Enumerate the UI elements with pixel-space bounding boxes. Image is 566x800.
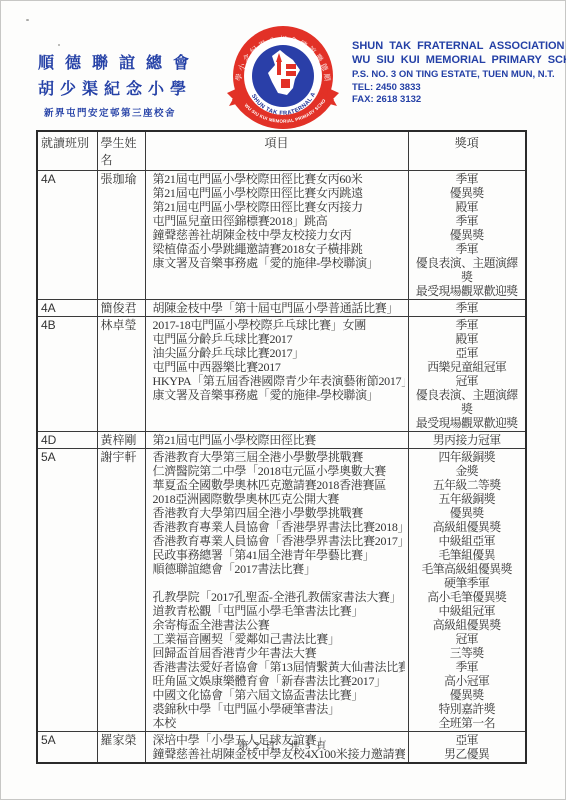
achievement-award: 季軍 xyxy=(412,214,523,228)
achievement-item: 裘錦秋中學「屯門區小學硬筆書法」 xyxy=(149,702,405,716)
events-cell: 第21屆屯門區小學校際田徑比賽 xyxy=(145,432,408,449)
achievement-item: 回歸盃首屆香港青少年書法大賽 xyxy=(149,646,405,660)
school-seal-icon: 學小念紀渠少胡會總誼聯德順 SHUN TAK FRATERNAL ASSN WU… xyxy=(223,22,343,136)
achievement-award: 金獎 xyxy=(412,464,523,478)
achievement-award: 全班第一名 xyxy=(412,716,523,730)
school-tel: TEL: 2450 3833 xyxy=(352,82,566,95)
events-cell: 第21屆屯門區小學校際田徑比賽女丙60米第21屆屯門區小學校際田徑比賽女丙跳遠第… xyxy=(145,171,408,300)
achievement-award: 優異獎 xyxy=(412,186,523,200)
student-class: 5A xyxy=(37,449,97,732)
achievement-item: 民政事務總署「第41屆全港青年學藝比賽」 xyxy=(149,548,405,562)
achievement-award: 亞軍 xyxy=(412,346,523,360)
student-name: 張珈瑜 xyxy=(97,171,145,300)
school-name-zh-line1: 順德聯誼總會 xyxy=(38,50,200,73)
scan-artifact xyxy=(58,44,60,46)
column-header-4: 獎項 xyxy=(408,131,526,171)
achievement-award: 季軍 xyxy=(412,242,523,256)
achievement-award: 高小冠軍 xyxy=(412,674,523,688)
prizes-cell: 季軍優異獎殿軍季軍優異獎季軍優良表演、主題演繹獎 最受現場觀眾歡迎獎 xyxy=(408,171,526,300)
achievement-item: 香港教育專業人員協會「香港學界書法比賽2017」 xyxy=(149,534,405,548)
student-name: 林卓瑩 xyxy=(97,317,145,432)
school-name-en-line2: WU SIU KUI MEMORIAL PRIMARY SCHOOL xyxy=(352,54,566,68)
achievement-award: 高級組優異獎 xyxy=(412,520,523,534)
student-class: 4A xyxy=(37,300,97,317)
scanned-document-page: 順德聯誼總會 胡少渠紀念小學 新界屯門安定邨第三座校舍 xyxy=(0,0,566,800)
achievement-award: 高級組優異獎 xyxy=(412,618,523,632)
building-icon xyxy=(286,64,296,69)
school-name-chinese-block: 順德聯誼總會 胡少渠紀念小學 新界屯門安定邨第三座校舍 xyxy=(38,50,200,119)
achievement-item: 康文署及音樂事務處「愛的施律-學校聯演」 xyxy=(149,388,405,416)
achievement-item: 孔教學院「2017孔聖盃-全港孔教儒家書法大賽」 xyxy=(149,590,405,604)
achievement-item: 屯門區兒童田徑錦標賽2018」跳高 xyxy=(149,214,405,228)
student-class: 4A xyxy=(37,171,97,300)
achievement-item: 工業福音團契「愛鄰如己書法比賽」 xyxy=(149,632,405,646)
achievement-item: 順德聯誼總會「2017書法比賽」 xyxy=(149,562,405,590)
achievement-award: 中級組亞軍 xyxy=(412,534,523,548)
achievement-item: 第21屆屯門區小學校際田徑比賽女丙跳遠 xyxy=(149,186,405,200)
achievement-award: 冠軍 xyxy=(412,374,523,388)
school-address-zh: 新界屯門安定邨第三座校舍 xyxy=(38,105,200,119)
student-row: 4D黃梓剛第21屆屯門區小學校際田徑比賽男丙接力冠軍 xyxy=(37,432,526,449)
achievement-award: 優良表演、主題演繹獎 最受現場觀眾歡迎獎 xyxy=(412,256,523,298)
page-indicator: 第 2 頁，共 3 頁 xyxy=(0,738,566,753)
achievement-item: 旺角區文娛康樂體育會「新春書法比賽2017」 xyxy=(149,674,405,688)
student-name: 簡俊君 xyxy=(97,300,145,317)
achievement-item: 胡陳金枝中學「第十屆屯門區小學普通話比賽」 xyxy=(149,301,405,315)
events-cell: 胡陳金枝中學「第十屆屯門區小學普通話比賽」 xyxy=(145,300,408,317)
achievement-item: 屯門區分齡乒乓球比賽2017 xyxy=(149,332,405,346)
scan-artifact xyxy=(26,19,29,21)
achievement-award: 五年級銅獎 xyxy=(412,492,523,506)
achievement-item: 康文署及音樂事務處「愛的施律-學校聯演」 xyxy=(149,256,405,284)
school-fax: FAX: 2618 3132 xyxy=(352,94,566,107)
student-class: 4D xyxy=(37,432,97,449)
prizes-cell: 季軍殿軍亞軍西樂兒童組冠軍冠軍優良表演、主題演繹獎 最受現場觀眾歡迎獎 xyxy=(408,317,526,432)
achievement-award: 優良表演、主題演繹獎 最受現場觀眾歡迎獎 xyxy=(412,388,523,430)
achievement-award: 季軍 xyxy=(412,318,523,332)
achievement-item: 本校 xyxy=(149,716,405,730)
achievement-award: 五年級二等獎 xyxy=(412,478,523,492)
achievement-item: 道教青松觀「屯門區小學毛筆書法比賽」 xyxy=(149,604,405,618)
prizes-cell: 四年級銅獎金獎五年級二等獎五年級銅獎優異獎高級組優異獎中級組亞軍毛筆組優異毛筆高… xyxy=(408,449,526,732)
achievement-award: 季軍 xyxy=(412,172,523,186)
school-name-english-block: SHUN TAK FRATERNAL ASSOCIATION WU SIU KU… xyxy=(352,40,566,107)
student-name: 謝宇軒 xyxy=(97,449,145,732)
achievement-item: 中國文化協會「第六屆文協盃書法比賽」 xyxy=(149,688,405,702)
achievement-item: 香港教育大學第三屆全港小學數學挑戰賽 xyxy=(149,450,405,464)
school-name-en-line1: SHUN TAK FRATERNAL ASSOCIATION xyxy=(352,40,566,54)
achievement-award: 季軍 xyxy=(412,301,523,315)
prizes-cell: 男丙接力冠軍 xyxy=(408,432,526,449)
achievement-item: HKYPA「第五屆香港國際青少年表演藝術節2017」 xyxy=(149,374,405,388)
achievement-award: 男丙接力冠軍 xyxy=(412,433,523,447)
achievement-award: 毛筆組優異 xyxy=(412,548,523,562)
achievement-award: 殿軍 xyxy=(412,200,523,214)
events-cell: 2017-18屯門區小學校際乒乓球比賽」女團屯門區分齡乒乓球比賽2017油尖區分… xyxy=(145,317,408,432)
achievement-award: 西樂兒童組冠軍 xyxy=(412,360,523,374)
achievement-item: 第21屆屯門區小學校際田徑比賽女丙接力 xyxy=(149,200,405,214)
achievement-award: 高小毛筆優異獎 xyxy=(412,590,523,604)
achievement-award: 四年級銅獎 xyxy=(412,450,523,464)
achievement-award: 優異獎 xyxy=(412,228,523,242)
achievement-item: 第21屆屯門區小學校際田徑比賽女丙60米 xyxy=(149,172,405,186)
achievement-item: 余寄梅盃全港書法公賽 xyxy=(149,618,405,632)
achievement-award: 季軍 xyxy=(412,660,523,674)
achievement-item: 仁濟醫院第二中學「2018屯元區小學奧數大賽 xyxy=(149,464,405,478)
achievement-award: 中級組冠軍 xyxy=(412,604,523,618)
achievement-award: 優異獎 xyxy=(412,506,523,520)
achievement-award: 優異獎 xyxy=(412,688,523,702)
achievement-award: 冠軍 xyxy=(412,632,523,646)
achievement-award: 特別嘉許獎 xyxy=(412,702,523,716)
prizes-cell: 季軍 xyxy=(408,300,526,317)
achievement-item: 香港書法愛好者協會「第13屆情繫黃大仙書法比賽」 xyxy=(149,660,405,674)
student-row: 5A謝宇軒香港教育大學第三屆全港小學數學挑戰賽仁濟醫院第二中學「2018屯元區小… xyxy=(37,449,526,732)
achievement-item: 屯門區中西器樂比賽2017 xyxy=(149,360,405,374)
house-icon xyxy=(281,79,290,88)
column-header-2: 學生姓名 xyxy=(97,131,145,171)
student-row: 4A張珈瑜第21屆屯門區小學校際田徑比賽女丙60米第21屆屯門區小學校際田徑比賽… xyxy=(37,171,526,300)
school-name-zh-line2: 胡少渠紀念小學 xyxy=(38,76,200,99)
column-header-3: 項目 xyxy=(145,131,408,171)
achievement-item: 第21屆屯門區小學校際田徑比賽 xyxy=(149,433,405,447)
awards-table: 就讀班別學生姓名項目獎項 4A張珈瑜第21屆屯門區小學校際田徑比賽女丙60米第2… xyxy=(36,130,527,764)
achievement-item: 香港教育專業人員協會「香港學界書法比賽2018」 xyxy=(149,520,405,534)
student-row: 4A簡俊君胡陳金枝中學「第十屆屯門區小學普通話比賽」季軍 xyxy=(37,300,526,317)
achievement-award: 三等獎 xyxy=(412,646,523,660)
achievement-item: 2018亞洲國際數學奧林匹克公開大賽 xyxy=(149,492,405,506)
achievement-item: 華夏盃全國數學奧林匹克邀請賽2018香港賽區 xyxy=(149,478,405,492)
student-name: 黃梓剛 xyxy=(97,432,145,449)
student-class: 4B xyxy=(37,317,97,432)
achievement-item: 油尖區分齡乒乓球比賽2017」 xyxy=(149,346,405,360)
events-cell: 香港教育大學第三屆全港小學數學挑戰賽仁濟醫院第二中學「2018屯元區小學奧數大賽… xyxy=(145,449,408,732)
achievement-item: 香港教育大學第四屆全港小學數學挑戰賽 xyxy=(149,506,405,520)
achievement-award: 毛筆高級組優異獎 硬筆季軍 xyxy=(412,562,523,590)
awards-table-header-row: 就讀班別學生姓名項目獎項 xyxy=(37,131,526,171)
achievement-item: 梁植偉盃小學跳繩邀請賽2018女子橫排跳 xyxy=(149,242,405,256)
student-row: 4B林卓瑩2017-18屯門區小學校際乒乓球比賽」女團屯門區分齡乒乓球比賽201… xyxy=(37,317,526,432)
school-logo: 學小念紀渠少胡會總誼聯德順 SHUN TAK FRATERNAL ASSN WU… xyxy=(223,22,343,136)
achievement-item: 鐘聲慈善社胡陳金枝中學友校接力女丙 xyxy=(149,228,405,242)
achievement-item: 2017-18屯門區小學校際乒乓球比賽」女團 xyxy=(149,318,405,332)
column-header-1: 就讀班別 xyxy=(37,131,97,171)
school-address-en: P.S. NO. 3 ON TING ESTATE, TUEN MUN, N.T… xyxy=(352,69,566,82)
achievement-award: 殿軍 xyxy=(412,332,523,346)
